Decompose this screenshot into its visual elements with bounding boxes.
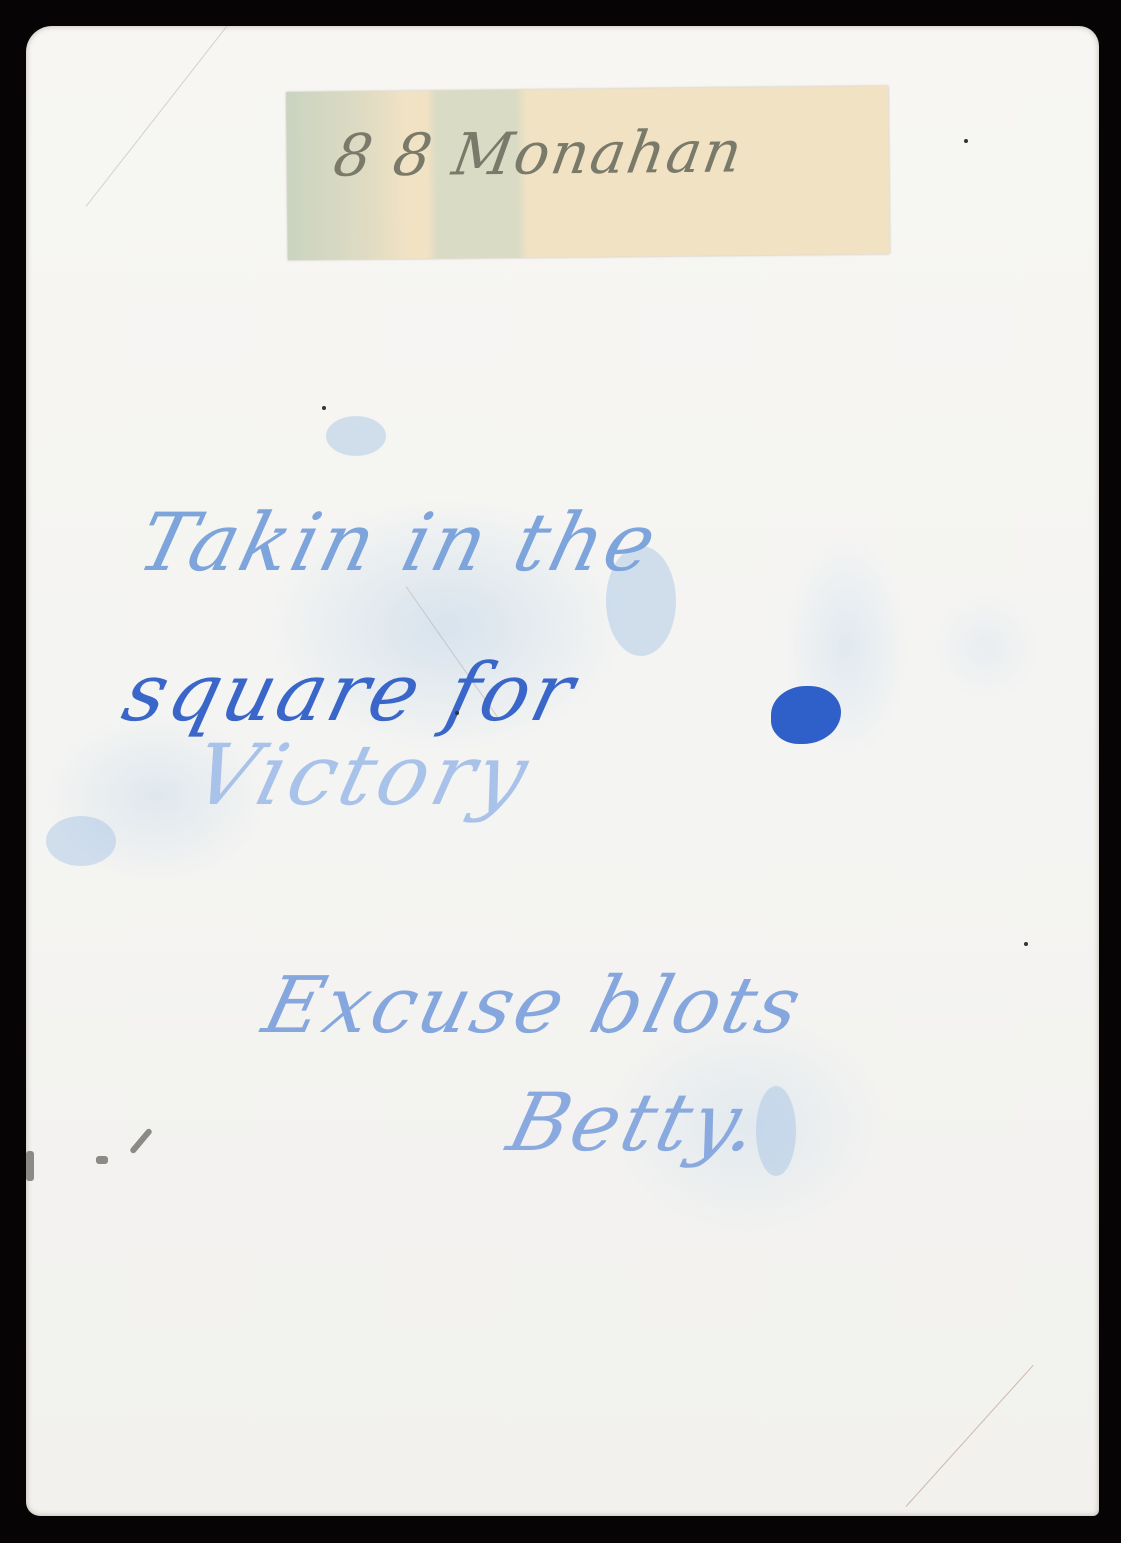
speck bbox=[455, 711, 459, 715]
photo-card-back: 8 8 Monahan Takin in the square for Vict… bbox=[26, 26, 1099, 1516]
scuff bbox=[26, 1151, 34, 1181]
crease bbox=[86, 26, 247, 207]
name-label-slip: 8 8 Monahan bbox=[286, 86, 890, 260]
ink-stain bbox=[326, 416, 386, 456]
speck bbox=[322, 406, 326, 410]
speck bbox=[964, 139, 968, 143]
speck bbox=[1024, 942, 1028, 946]
crease bbox=[906, 1365, 1034, 1507]
scuff bbox=[129, 1128, 153, 1155]
ink-blot bbox=[771, 686, 841, 744]
photo-scene: 8 8 Monahan Takin in the square for Vict… bbox=[0, 0, 1121, 1543]
signature: Betty. bbox=[499, 1076, 771, 1169]
scuff bbox=[96, 1156, 108, 1164]
ink-stain bbox=[46, 816, 116, 866]
inscription-line-4: Excuse blots bbox=[255, 961, 812, 1051]
label-text: 8 8 Monahan bbox=[329, 117, 748, 189]
inscription-line-1: Takin in the bbox=[129, 496, 668, 589]
inscription-line-3: Victory bbox=[184, 726, 541, 824]
